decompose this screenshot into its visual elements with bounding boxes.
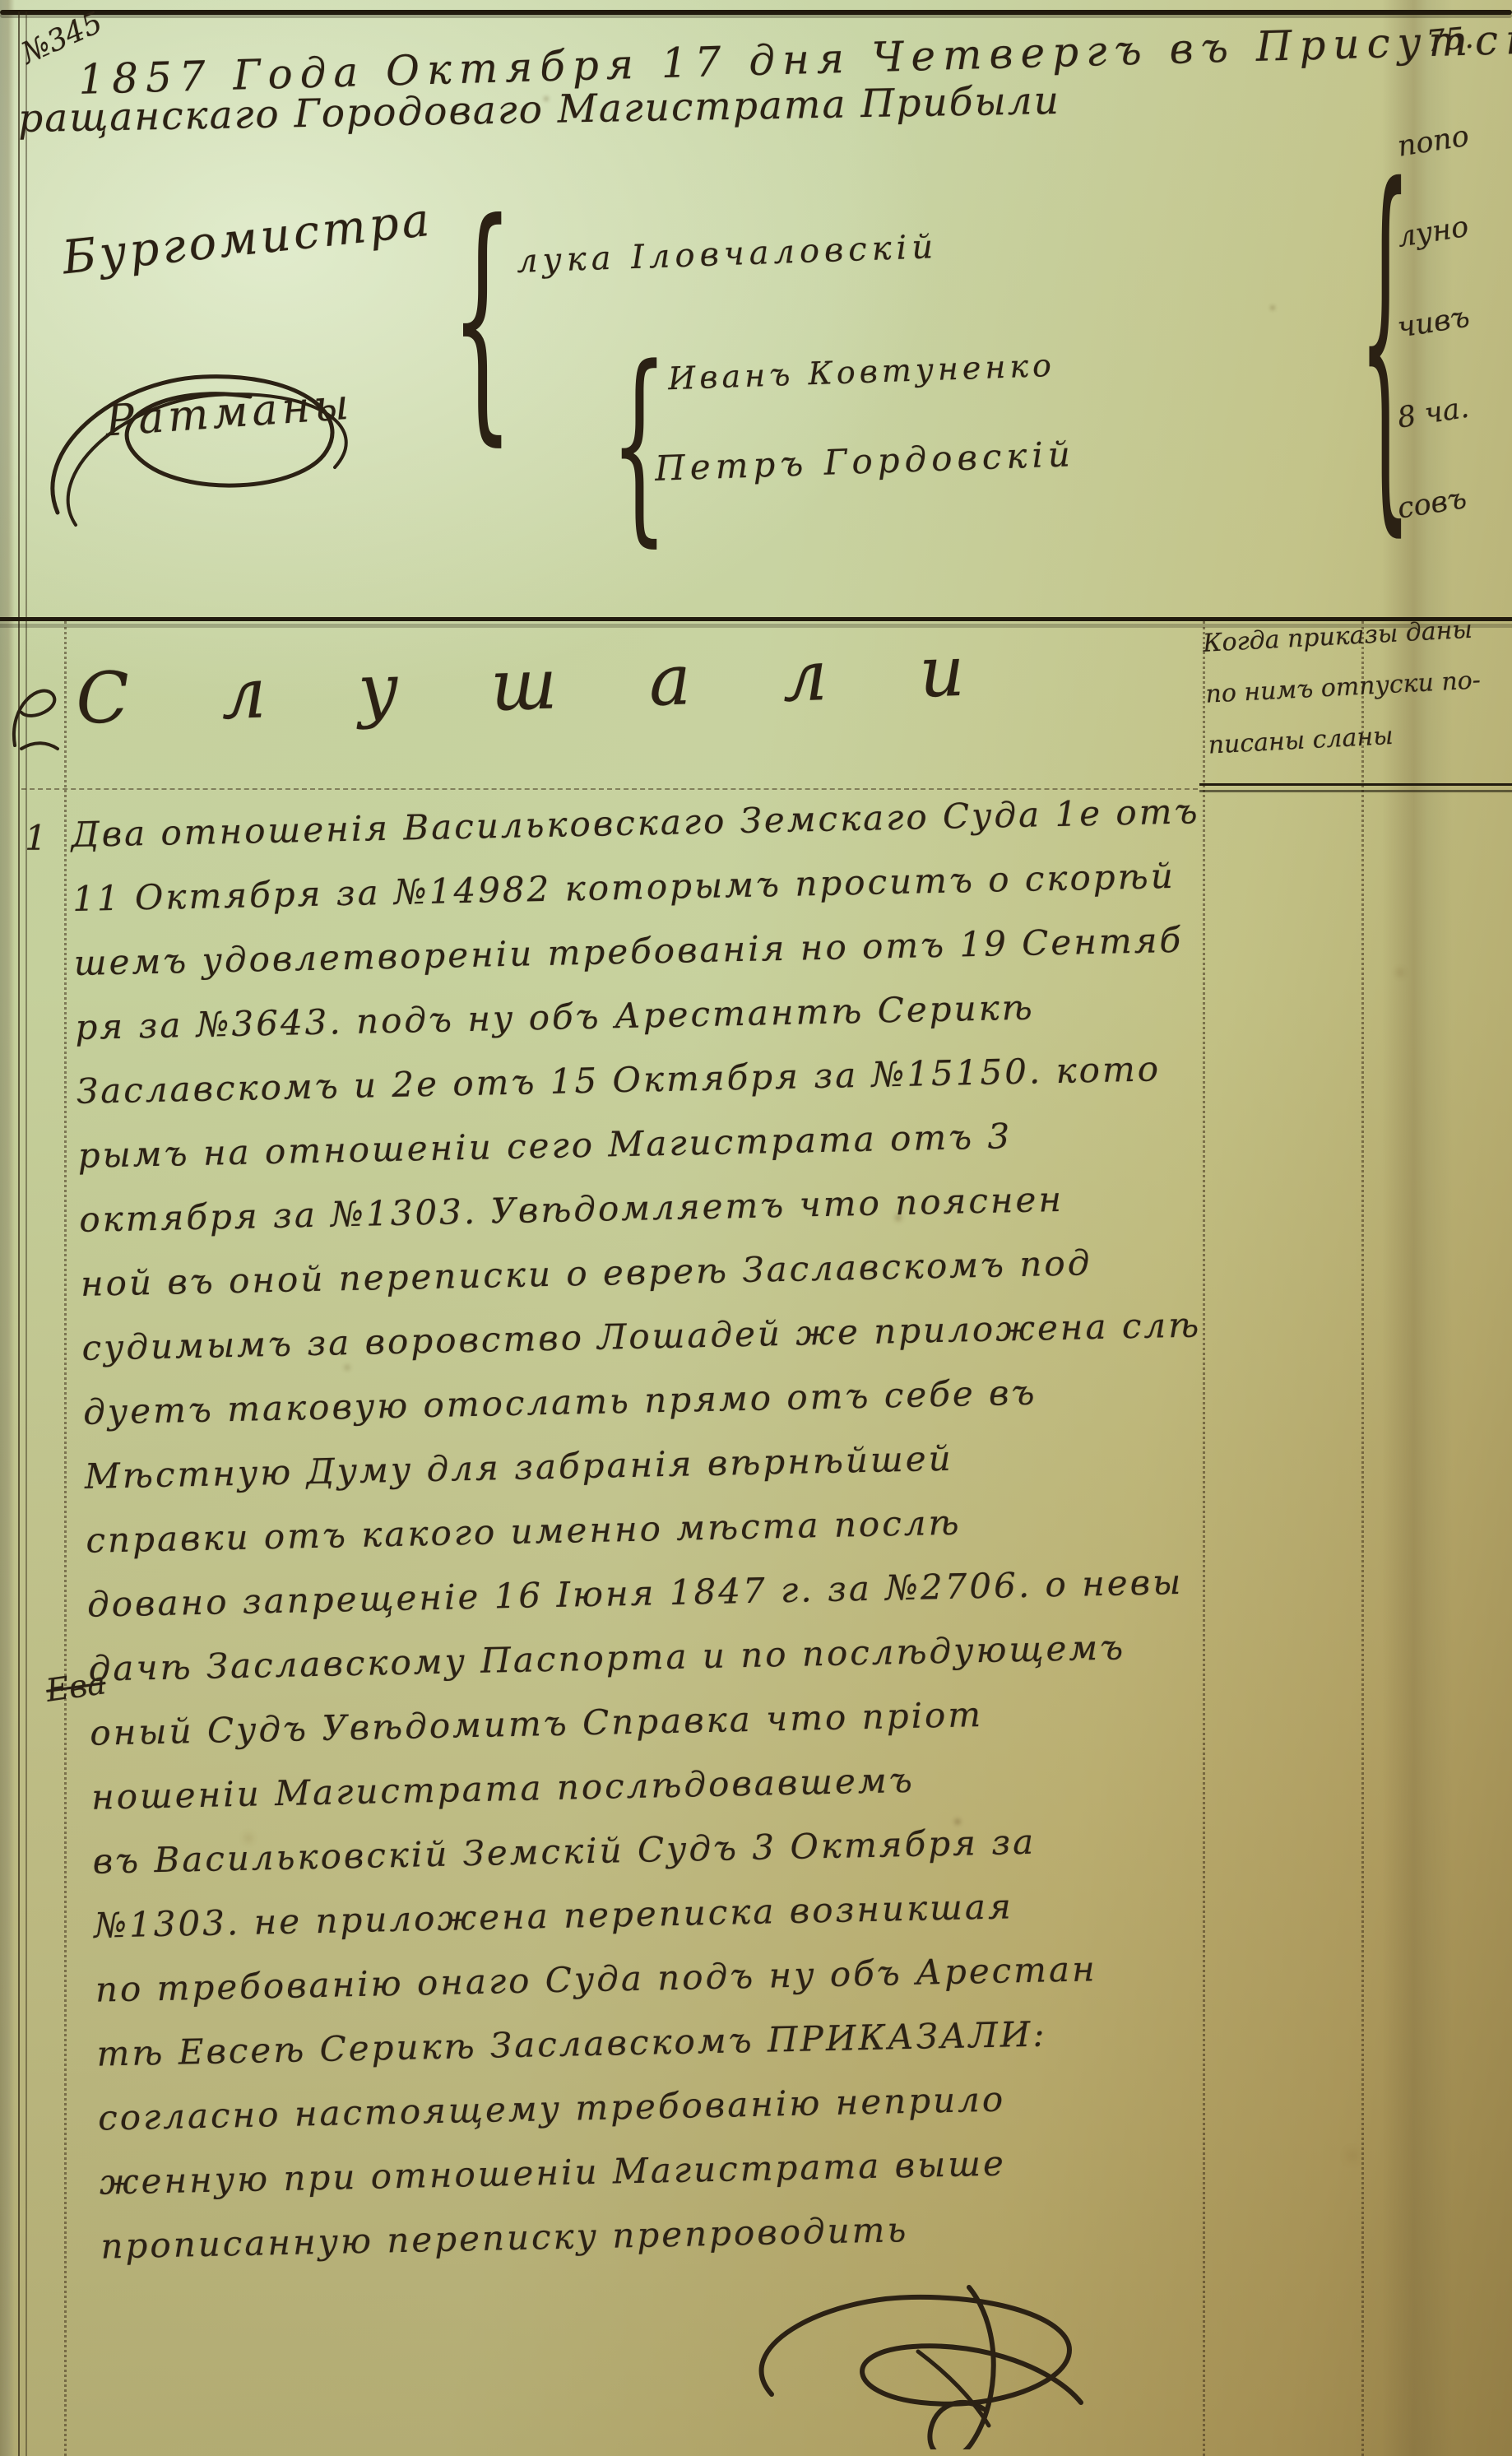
signature-flourish — [724, 2273, 1119, 2449]
left-ruled-line-inner — [26, 12, 27, 2456]
margin-note-word: чивъ — [1395, 300, 1474, 359]
right-header-underline — [1199, 783, 1512, 786]
right-column-line-2 — [1361, 621, 1364, 2456]
column-header-slushali: Слушали — [75, 628, 1058, 740]
ratman-flourish — [43, 336, 397, 541]
top-ruled-line — [0, 10, 1512, 15]
curly-brace-burgomistr: { — [451, 171, 513, 468]
manuscript-body: Два отношенія Васильковскаго Земскаго Су… — [71, 791, 1253, 2291]
margin-note-word: 8 ча. — [1395, 391, 1474, 449]
header-bottom-dashed-line — [21, 788, 1198, 790]
curly-brace-ratmany: { — [610, 323, 668, 564]
right-column-header: Когда приказы даныпо нимъ отпуски по-пис… — [1202, 615, 1485, 782]
margin-mark-flourish — [5, 675, 63, 753]
margin-note-word: совъ — [1395, 481, 1474, 540]
paper-stains — [0, 0, 3, 3]
entry-number: 1 — [25, 818, 47, 858]
book-binding-edge — [0, 0, 15, 2456]
role-burgomistr: Бургомистра — [60, 193, 435, 286]
margin-time-note: пополуночивъ8 ча.совъ — [1398, 125, 1471, 535]
burgomistr-name: лука Іловчаловскій — [516, 228, 938, 281]
left-ruled-line-outer — [18, 12, 20, 2456]
table-header-top-line — [0, 617, 1512, 621]
margin-note-word: луно — [1395, 210, 1474, 268]
text-margin-line — [64, 621, 67, 2456]
ratman-name-1: Иванъ Ковтуненко — [667, 347, 1055, 397]
margin-note-word: попо — [1395, 119, 1474, 178]
manuscript-page: №345 75. 1857 Года Октября 17 дня Четвер… — [0, 0, 1512, 2456]
ratman-name-2: Петръ Гордовскій — [654, 434, 1075, 489]
